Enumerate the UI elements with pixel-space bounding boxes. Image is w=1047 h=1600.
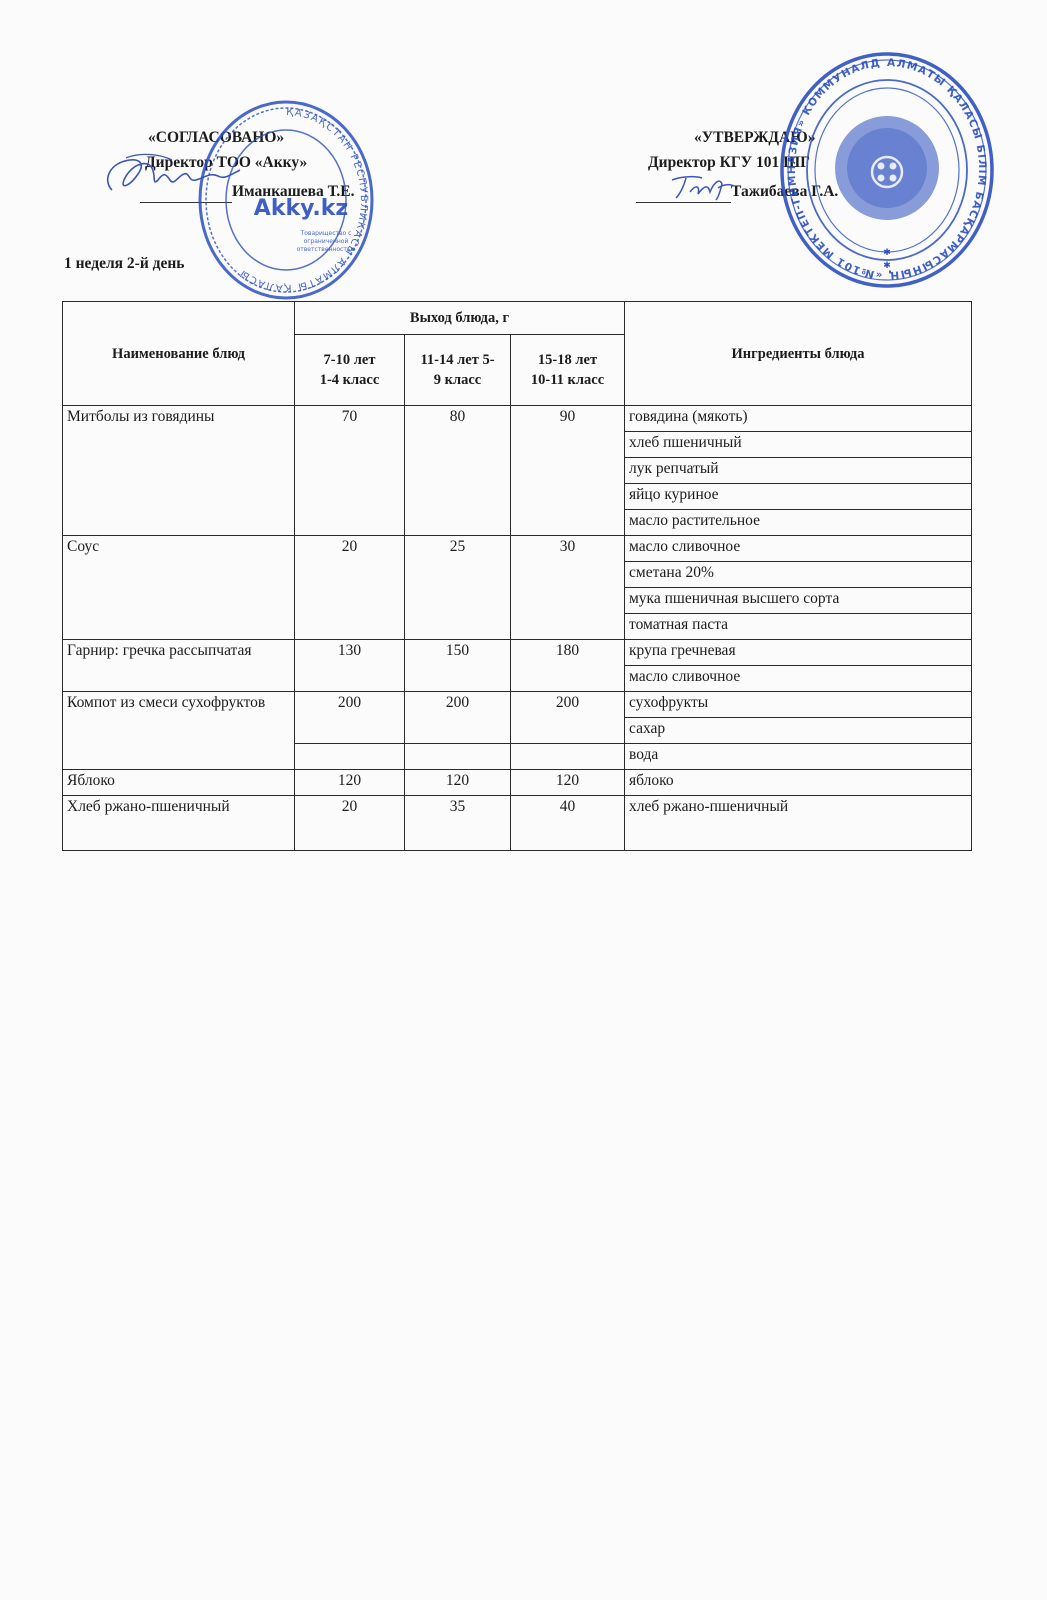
- menu-day-title: 1 неделя 2-й день: [64, 253, 184, 275]
- ingredient: сухофрукты: [625, 692, 972, 718]
- approval-right-name: Тажибаева Г.А.: [731, 181, 838, 203]
- approval-left-status: «СОГЛАСОВАНО»: [148, 127, 284, 149]
- dish-yield-age-3: 180: [511, 640, 625, 692]
- ingredient: крупа гречневая: [625, 640, 972, 666]
- dish-yield-age-1: 20: [295, 796, 405, 851]
- ingredient: масло растительное: [625, 510, 972, 536]
- dish-row: Яблоко120120120яблоко: [63, 770, 972, 796]
- empty-yield-cell: [511, 744, 625, 770]
- dish-yield-age-2: 80: [405, 406, 511, 536]
- dish-yield-age-3: 120: [511, 770, 625, 796]
- dish-name: Хлеб ржано-пшеничный: [63, 796, 295, 851]
- ingredient: хлеб ржано-пшеничный: [625, 796, 972, 851]
- dish-yield-age-1: 70: [295, 406, 405, 536]
- header-yield-group: Выход блюда, г: [295, 302, 625, 335]
- menu-table: Наименование блюд Выход блюда, г Ингреди…: [62, 301, 972, 851]
- ingredient: яйцо куриное: [625, 484, 972, 510]
- approval-right-position: Директор КГУ 101 ШГ: [648, 152, 810, 174]
- dish-name: Гарнир: гречка рассыпчатая: [63, 640, 295, 692]
- approval-left-name: Иманкашева Т.Е.: [232, 181, 354, 203]
- approval-left-signature-line: [140, 202, 232, 203]
- dish-name: Компот из смеси сухофруктов: [63, 692, 295, 770]
- dish-yield-age-2: 200: [405, 692, 511, 744]
- menu-table-body: Митболы из говядины708090говядина (мякот…: [63, 406, 972, 851]
- dish-yield-age-2: 120: [405, 770, 511, 796]
- dish-yield-age-1: 200: [295, 692, 405, 744]
- svg-text:✱: ✱: [883, 261, 891, 271]
- ingredient: томатная паста: [625, 614, 972, 640]
- ingredient: яблоко: [625, 770, 972, 796]
- header-ingredients: Ингредиенты блюда: [625, 302, 972, 406]
- dish-yield-age-1: 20: [295, 536, 405, 640]
- approval-right-signature-line: [636, 202, 731, 203]
- dish-yield-age-2: 150: [405, 640, 511, 692]
- ingredient: мука пшеничная высшего сорта: [625, 588, 972, 614]
- header-age-7-10: 7-10 лет1-4 класс: [295, 335, 405, 406]
- dish-yield-age-3: 200: [511, 692, 625, 744]
- dish-name: Митболы из говядины: [63, 406, 295, 536]
- right-signature-scribble: [668, 172, 738, 204]
- dish-row: Компот из смеси сухофруктов200200200сухо…: [63, 692, 972, 718]
- ingredient: масло сливочное: [625, 666, 972, 692]
- ingredient: вода: [625, 744, 972, 770]
- dish-yield-age-2: 35: [405, 796, 511, 851]
- header-age-15-18: 15-18 лет10-11 класс: [511, 335, 625, 406]
- dish-yield-age-3: 90: [511, 406, 625, 536]
- empty-yield-cell: [295, 744, 405, 770]
- ingredient: сметана 20%: [625, 562, 972, 588]
- ingredient: говядина (мякоть): [625, 406, 972, 432]
- svg-text:Товарищество с: Товарищество с: [300, 230, 352, 237]
- ingredient: лук репчатый: [625, 458, 972, 484]
- ingredient: сахар: [625, 718, 972, 744]
- dish-name: Яблоко: [63, 770, 295, 796]
- dish-yield-age-1: 120: [295, 770, 405, 796]
- approval-right-status: «УТВЕРЖДАЮ»: [694, 127, 815, 149]
- dish-row: Гарнир: гречка рассыпчатая130150180крупа…: [63, 640, 972, 666]
- header-dish-name: Наименование блюд: [63, 302, 295, 406]
- right-school-stamp: АЛМАТЫ ҚАЛАСЫ БІЛІМ БАСҚАРМАСЫНЫҢ «№101 …: [778, 50, 996, 290]
- approval-left-position: Директор ТОО «Акку»: [145, 152, 307, 174]
- dish-yield-age-3: 40: [511, 796, 625, 851]
- dish-row: Хлеб ржано-пшеничный203540хлеб ржано-пше…: [63, 796, 972, 851]
- empty-yield-cell: [405, 744, 511, 770]
- dish-yield-age-3: 30: [511, 536, 625, 640]
- dish-row: Митболы из говядины708090говядина (мякот…: [63, 406, 972, 432]
- header-age-11-14: 11-14 лет 5-9 класс: [405, 335, 511, 406]
- dish-yield-age-2: 25: [405, 536, 511, 640]
- dish-row: Соус202530масло сливочное: [63, 536, 972, 562]
- ingredient: масло сливочное: [625, 536, 972, 562]
- dish-name: Соус: [63, 536, 295, 640]
- dish-yield-age-1: 130: [295, 640, 405, 692]
- svg-text:ответственностью: ответственностью: [297, 246, 356, 253]
- svg-text:✱: ✱: [883, 248, 891, 258]
- ingredient: хлеб пшеничный: [625, 432, 972, 458]
- svg-text:ограниченной: ограниченной: [304, 238, 349, 245]
